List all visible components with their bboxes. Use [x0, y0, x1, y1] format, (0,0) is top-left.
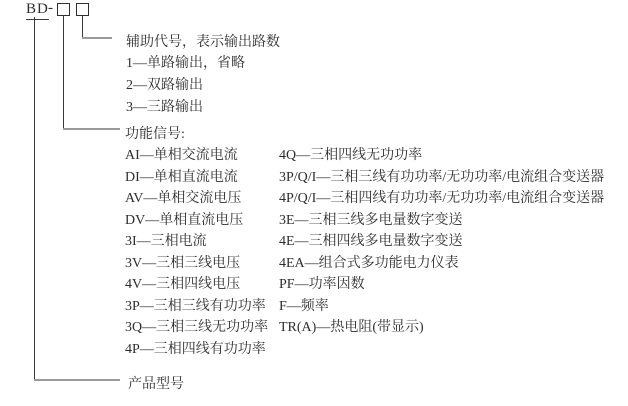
aux-section-title: 辅助代号，表示输出路数 [126, 31, 280, 51]
function-item: 3E—三相三线多电量数字变送 [279, 210, 604, 232]
product-connector-hline [34, 379, 120, 381]
function-connector-hline [63, 128, 120, 130]
aux-item: 1—单路输出，省略 [126, 53, 245, 75]
function-list-right: 4Q—三相四线无功功率 3P/Q/I—三相三线有功功率/无功功率/电流组合变送器… [279, 145, 604, 339]
product-connector-vline [34, 17, 35, 380]
function-item: 4EA—组合式多功能电力仪表 [279, 253, 604, 275]
model-separator: - [48, 0, 53, 17]
function-list-left: AI—单相交流电流 DI—单相直流电流 AV—单相交流电压 DV—单相直流电压 … [125, 145, 268, 360]
model-designation-diagram: BD - 辅助代号，表示输出路数 1—单路输出，省略 2—双路输出 3—三路输出… [0, 0, 628, 406]
function-item: 4P/Q/I—三相四线有功功率/无功功率/电流组合变送器 [279, 188, 604, 210]
function-item: PF—功率因数 [279, 274, 604, 296]
function-item: DV—单相直流电压 [125, 210, 268, 232]
function-item: 3Q—三相三线无功功率 [125, 317, 268, 339]
function-item: 4P—三相四线有功功率 [125, 339, 268, 361]
function-item: 3P/Q/I—三相三线有功功率/无功功率/电流组合变送器 [279, 167, 604, 189]
function-item: TR(A)—热电阻(带显示) [279, 317, 604, 339]
function-item: AI—单相交流电流 [125, 145, 268, 167]
aux-connector-hline [82, 37, 112, 39]
function-item: 4E—三相四线多电量数字变送 [279, 231, 604, 253]
function-item: 4Q—三相四线无功功率 [279, 145, 604, 167]
aux-item: 3—三路输出 [126, 97, 245, 119]
aux-items-list: 1—单路输出，省略 2—双路输出 3—三路输出 [126, 53, 245, 119]
function-item: 3P—三相三线有功功率 [125, 296, 268, 318]
product-model-label: 产品型号 [128, 373, 184, 393]
aux-connector-vline [82, 15, 83, 38]
function-item: 3I—三相电流 [125, 231, 268, 253]
model-prefix: BD [26, 1, 49, 20]
aux-item: 2—双路输出 [126, 75, 245, 97]
function-item: 4V—三相四线电压 [125, 274, 268, 296]
function-connector-vline [63, 15, 64, 129]
function-item: 3V—三相三线电压 [125, 253, 268, 275]
function-item: DI—单相直流电流 [125, 167, 268, 189]
function-section-title: 功能信号: [125, 123, 185, 143]
function-item: AV—单相交流电压 [125, 188, 268, 210]
function-item: F—频率 [279, 296, 604, 318]
